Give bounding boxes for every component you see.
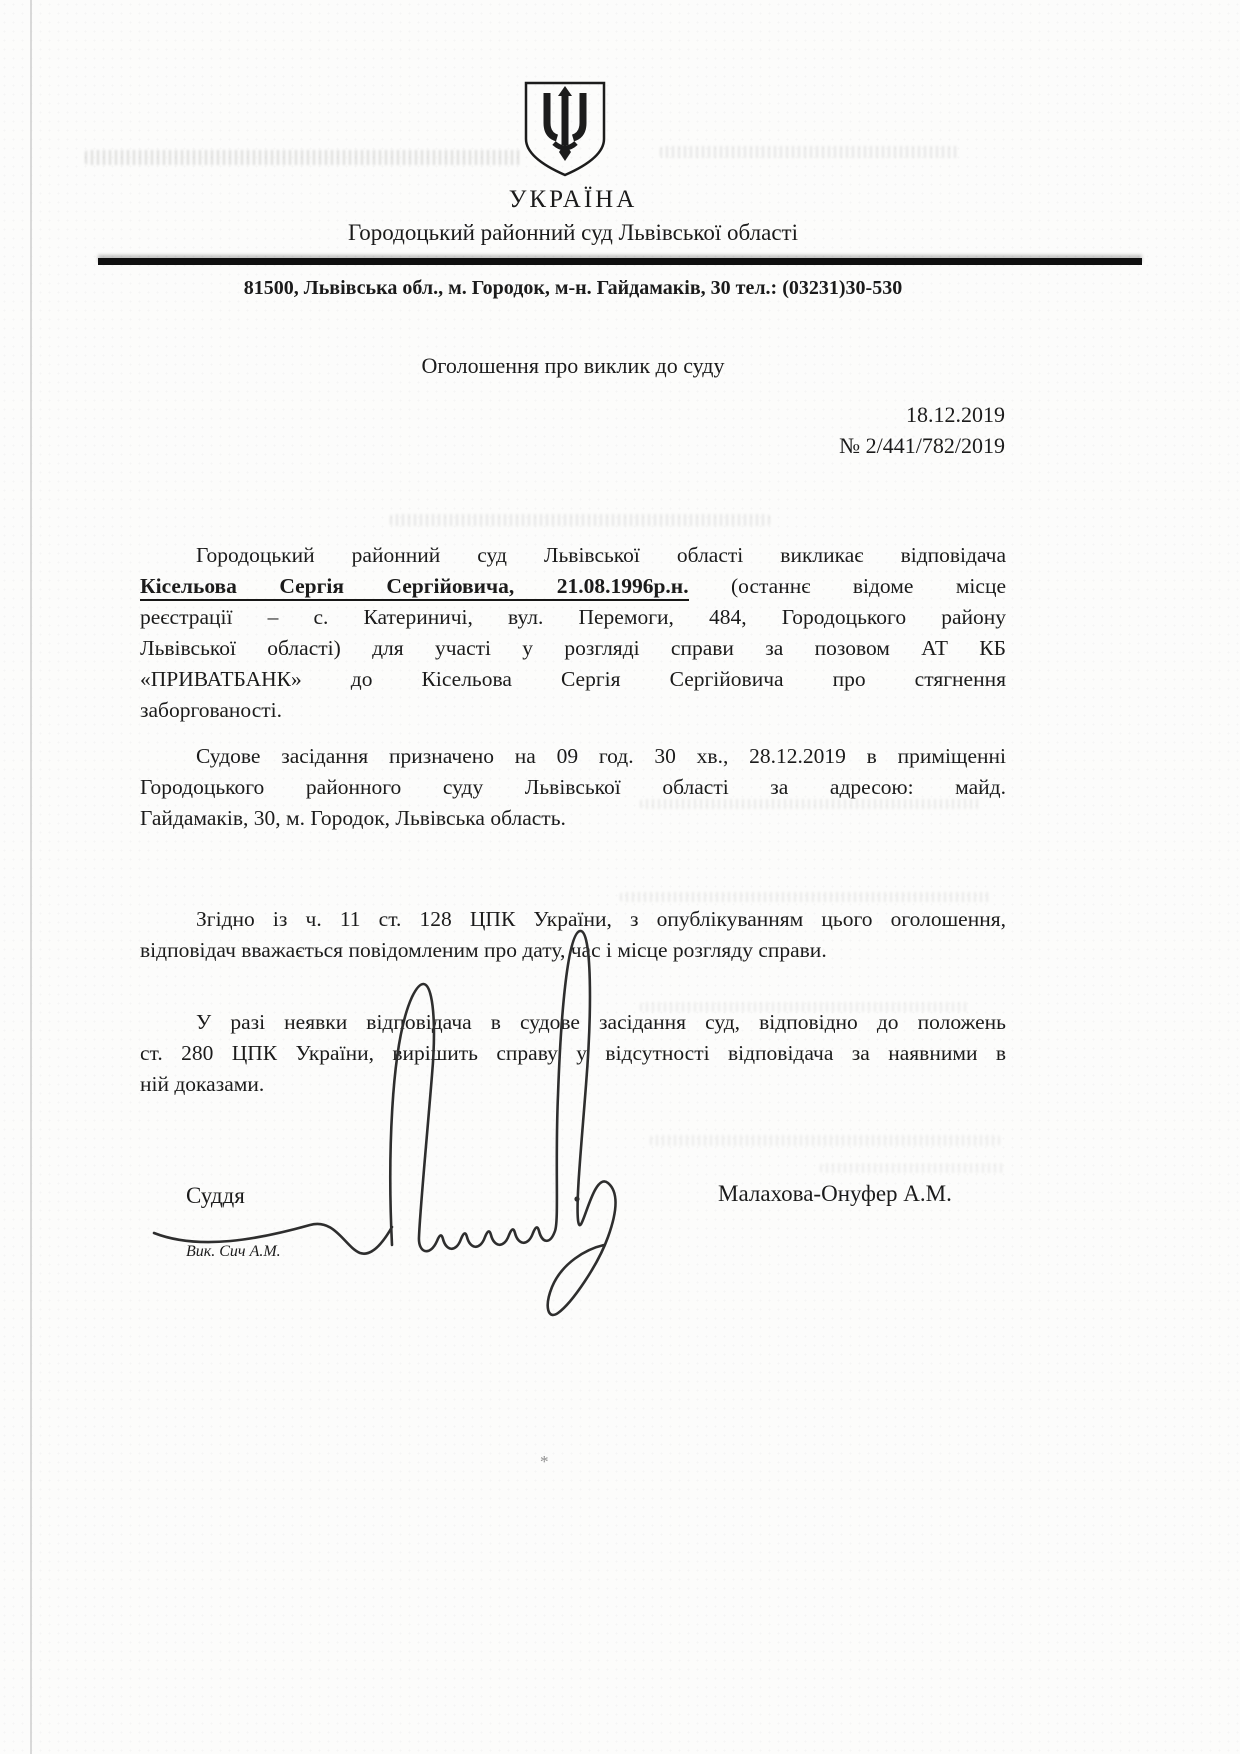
text-segment: Городоцького районного суду Львівської о… bbox=[140, 775, 1006, 799]
defendant-name-bold-underline: Кісельова Сергія Сергійовича, 21.08.1996… bbox=[140, 574, 689, 601]
text-segment: Судове засідання призначено на 09 год. 3… bbox=[196, 744, 1006, 768]
court-name: Городоцький районний суд Львівської обла… bbox=[140, 220, 1006, 246]
text-segment: Львівської області) для участі у розгляд… bbox=[140, 636, 1006, 660]
scan-speck: * bbox=[540, 1452, 549, 1472]
text-line: Городоцького районного суду Львівської о… bbox=[140, 772, 1006, 803]
judge-role-label: Суддя bbox=[186, 1183, 245, 1209]
judge-name: Малахова-Онуфер А.М. bbox=[718, 1181, 952, 1207]
text-line: Городоцький районний суд Львівської обла… bbox=[140, 540, 1006, 571]
scan-smudge bbox=[620, 892, 990, 902]
header-rule bbox=[98, 258, 1142, 265]
text-segment: ст. 280 ЦПК України, вирішить справу у в… bbox=[140, 1041, 1006, 1065]
text-segment: (останнє відоме місце bbox=[689, 574, 1006, 598]
text-line: ній доказами. bbox=[140, 1069, 1006, 1100]
scan-smudge bbox=[85, 150, 521, 165]
text-line: відповідач вважається повідомленим про д… bbox=[140, 935, 1006, 966]
case-number: № 2/441/782/2019 bbox=[839, 430, 1005, 461]
text-line: «ПРИВАТБАНК» до Кісельова Сергія Сергійо… bbox=[140, 664, 1006, 695]
country-name: УКРАЇНА bbox=[140, 186, 1006, 214]
judge-signature bbox=[140, 915, 620, 1325]
text-line: Львівської області) для участі у розгляд… bbox=[140, 633, 1006, 664]
text-line: заборгованості. bbox=[140, 695, 1006, 726]
text-line: У разі неявки відповідача в судове засід… bbox=[140, 1007, 1006, 1038]
ukraine-trident-emblem bbox=[521, 80, 609, 178]
text-line: Судове засідання призначено на 09 год. 3… bbox=[140, 741, 1006, 772]
text-line: реєстрації – с. Катериничі, вул. Перемог… bbox=[140, 602, 1006, 633]
text-segment: У разі неявки відповідача в судове засід… bbox=[196, 1010, 1006, 1034]
text-segment: Згідно із ч. 11 ст. 128 ЦПК України, з о… bbox=[196, 907, 1006, 931]
text-segment: відповідач вважається повідомленим про д… bbox=[140, 938, 827, 962]
text-segment: «ПРИВАТБАНК» до Кісельова Сергія Сергійо… bbox=[140, 667, 1006, 691]
scan-smudge bbox=[820, 1163, 1005, 1173]
paragraph-absence: У разі неявки відповідача в судове засід… bbox=[140, 1007, 1006, 1100]
text-segment: Городоцький районний суд Львівської обла… bbox=[196, 543, 1006, 567]
text-line: ст. 280 ЦПК України, вирішить справу у в… bbox=[140, 1038, 1006, 1069]
text-line: Кісельова Сергія Сергійовича, 21.08.1996… bbox=[140, 571, 1006, 602]
scan-smudge bbox=[650, 1135, 1000, 1146]
court-address: 81500, Львівська обл., м. Городок, м-н. … bbox=[140, 277, 1006, 300]
scan-smudge bbox=[660, 146, 960, 158]
document-page: УКРАЇНА Городоцький районний суд Львівсь… bbox=[0, 0, 1240, 1754]
text-line: Згідно із ч. 11 ст. 128 ЦПК України, з о… bbox=[140, 904, 1006, 935]
executor-note: Вик. Сич А.М. bbox=[186, 1243, 281, 1261]
paragraph-hearing: Судове засідання призначено на 09 год. 3… bbox=[140, 741, 1006, 834]
text-line: Гайдамаків, 30, м. Городок, Львівська об… bbox=[140, 803, 1006, 834]
text-segment: заборгованості. bbox=[140, 698, 282, 722]
paragraph-notice: Згідно із ч. 11 ст. 128 ЦПК України, з о… bbox=[140, 904, 1006, 966]
scan-edge-line bbox=[30, 0, 32, 1754]
text-segment: реєстрації – с. Катериничі, вул. Перемог… bbox=[140, 605, 1006, 629]
text-segment: ній доказами. bbox=[140, 1072, 264, 1096]
document-date: 18.12.2019 bbox=[839, 399, 1005, 430]
text-segment: Гайдамаків, 30, м. Городок, Львівська об… bbox=[140, 806, 566, 830]
scan-smudge bbox=[390, 514, 770, 526]
paragraph-summons: Городоцький районний суд Львівської обла… bbox=[140, 540, 1006, 726]
document-title: Оголошення про виклик до суду bbox=[140, 353, 1006, 379]
date-block: 18.12.2019 № 2/441/782/2019 bbox=[839, 399, 1005, 461]
